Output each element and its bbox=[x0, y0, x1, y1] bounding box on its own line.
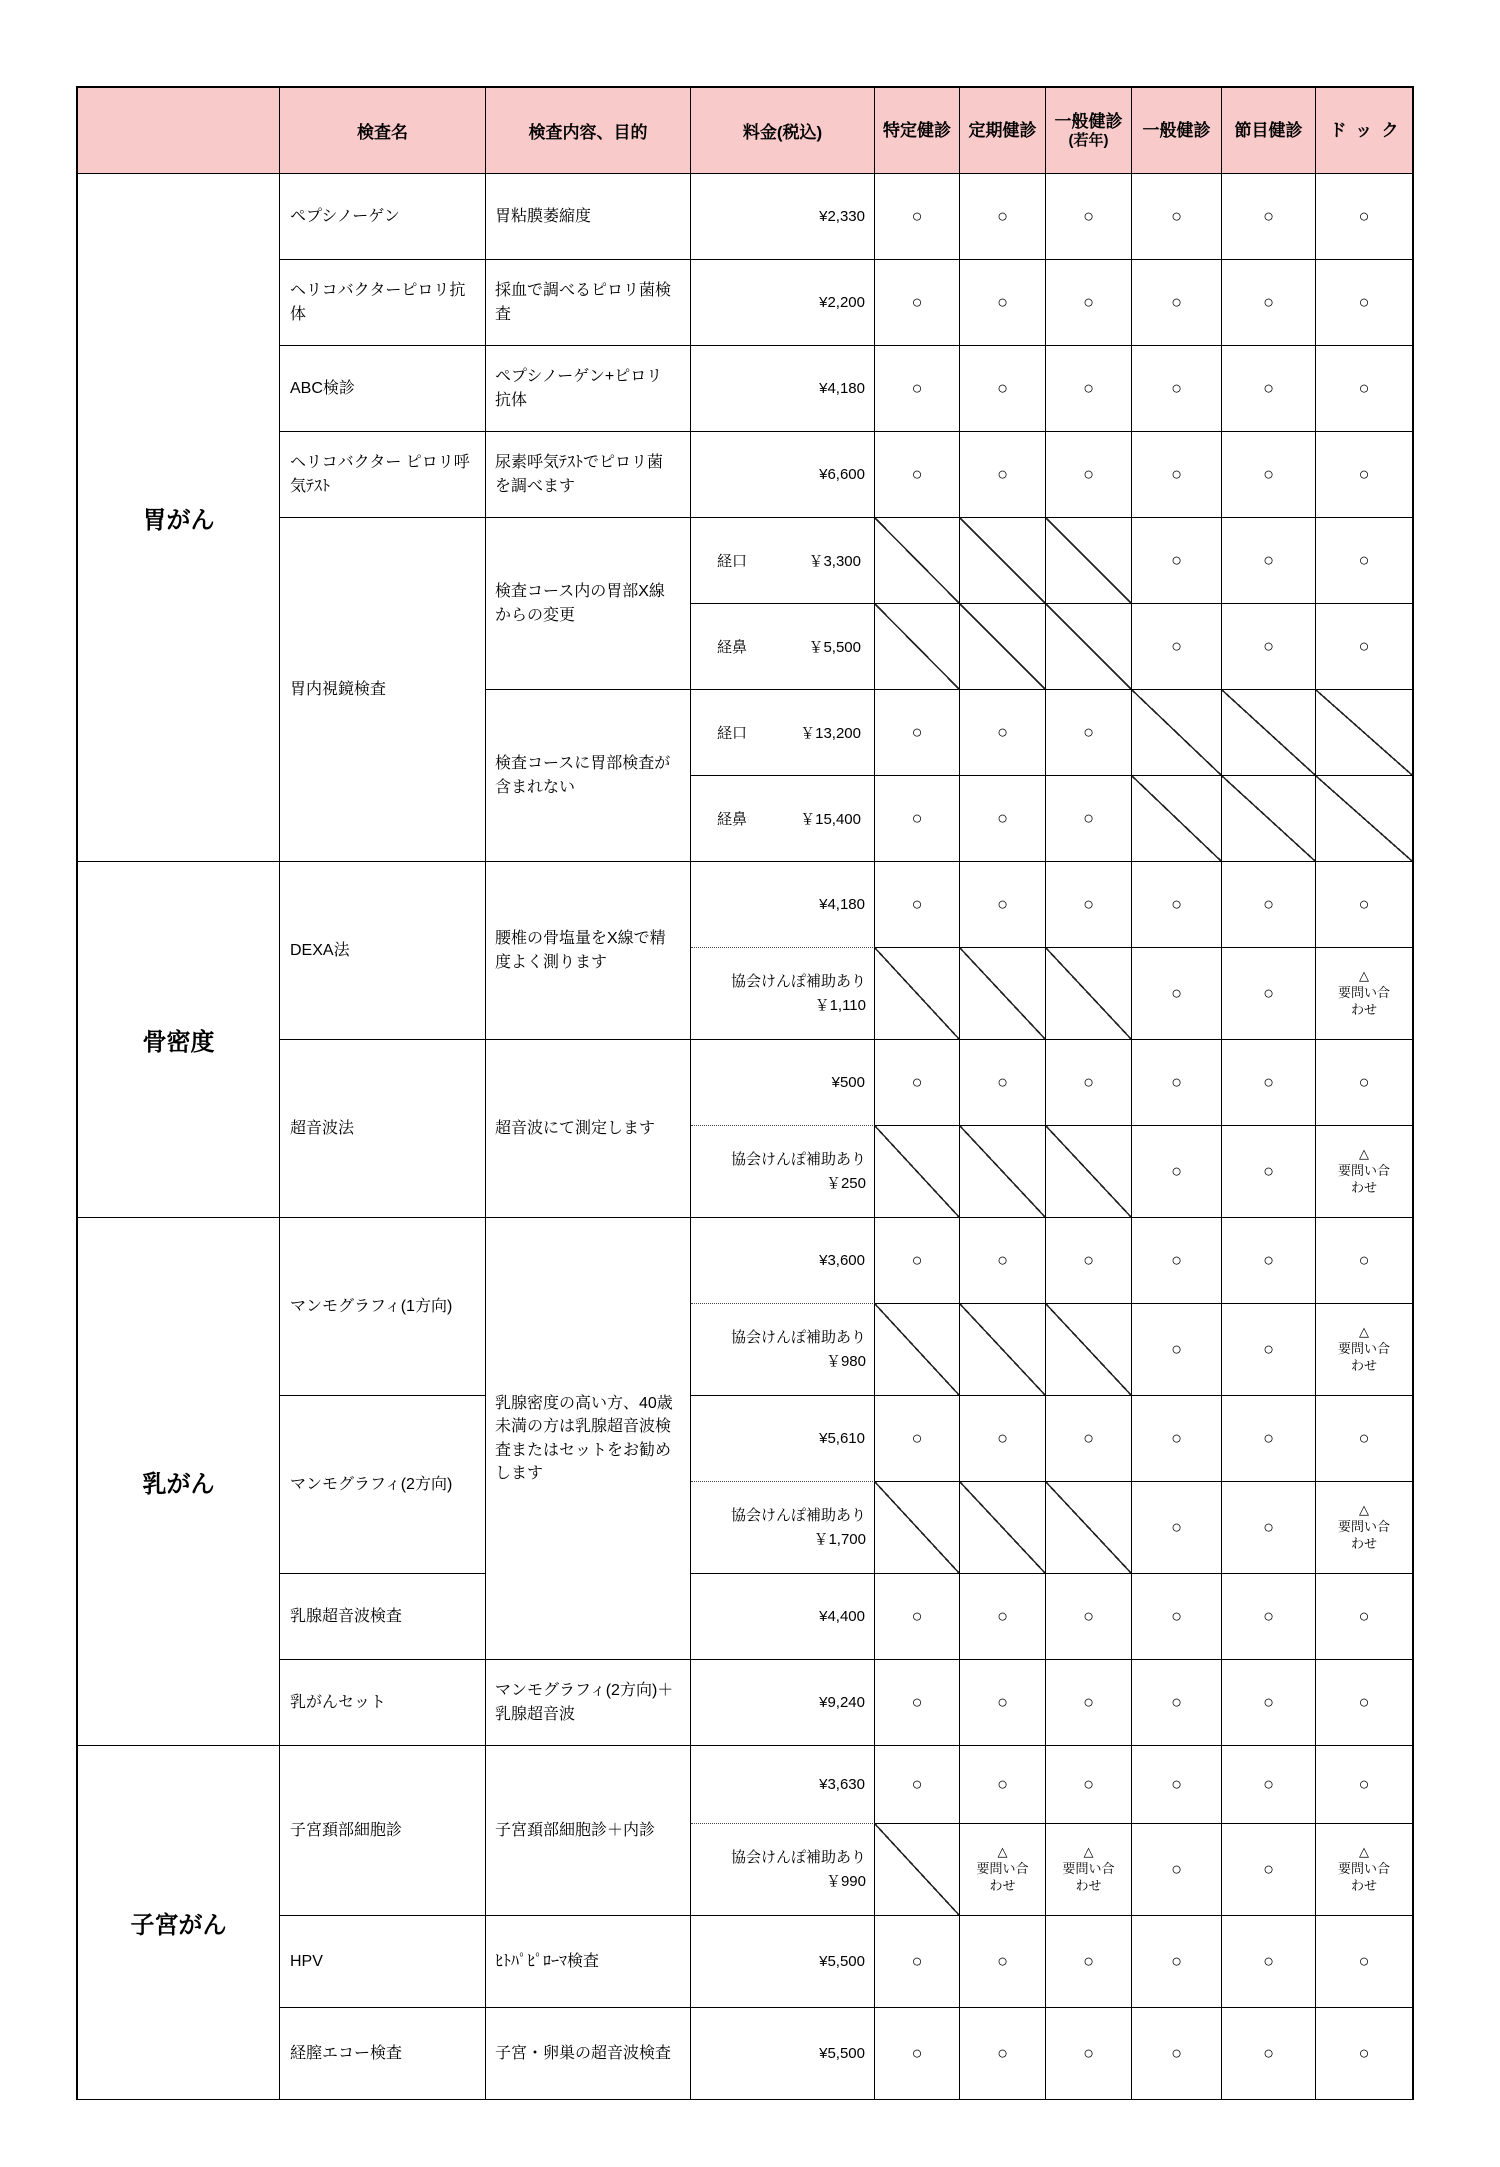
check-cell: ○ bbox=[1222, 1396, 1316, 1482]
check-cell bbox=[1132, 776, 1222, 862]
category-cell: 子宮がん bbox=[78, 1746, 280, 2100]
triangle-note: 要問い合わせ bbox=[1333, 985, 1395, 1019]
check-cell: ○ bbox=[1046, 260, 1132, 346]
check-cell: ○ bbox=[875, 1916, 960, 2008]
purpose-cell: 尿素呼気ﾃｽﾄでピロリ菌を調べます bbox=[486, 432, 691, 518]
check-cell: ○ bbox=[1046, 174, 1132, 260]
header-cell-purpose: 検査内容、目的 bbox=[486, 88, 691, 174]
check-cell: ○ bbox=[1316, 1746, 1414, 1824]
check-cell: ○ bbox=[960, 1746, 1046, 1824]
check-cell bbox=[875, 948, 960, 1040]
price-cell: ¥3,600 bbox=[691, 1218, 875, 1304]
purpose-cell: 検査コース内の胃部X線からの変更 bbox=[486, 518, 691, 690]
header-label: 特定健診 bbox=[875, 121, 959, 141]
header-cell-exam-name: 検査名 bbox=[280, 88, 486, 174]
check-cell: ○ bbox=[1222, 1040, 1316, 1126]
purpose-cell: 子宮頚部細胞診＋内診 bbox=[486, 1746, 691, 1916]
check-cell: ○ bbox=[1222, 1482, 1316, 1574]
check-cell: ○ bbox=[1132, 948, 1222, 1040]
check-cell: ○ bbox=[1132, 1746, 1222, 1824]
exam-name-cell: ペプシノーゲン bbox=[280, 174, 486, 260]
check-cell: ○ bbox=[875, 1040, 960, 1126]
header-row: 検査名 検査内容、目的 料金(税込) 特定健診 定期健診 一般健診(若年) 一般… bbox=[78, 88, 1414, 174]
check-cell bbox=[960, 518, 1046, 604]
check-cell bbox=[1046, 1482, 1132, 1574]
check-cell: ○ bbox=[1222, 1126, 1316, 1218]
category-cell: 乳がん bbox=[78, 1218, 280, 1746]
exam-name-cell: ABC検診 bbox=[280, 346, 486, 432]
check-cell: ○ bbox=[875, 260, 960, 346]
check-cell: ○ bbox=[1316, 260, 1414, 346]
triangle-mark: △ bbox=[960, 1844, 1045, 1861]
check-cell: ○ bbox=[1046, 1660, 1132, 1746]
category-cell: 胃がん bbox=[78, 174, 280, 862]
check-cell bbox=[875, 1824, 960, 1916]
check-cell bbox=[1046, 948, 1132, 1040]
check-cell: △要問い合わせ bbox=[1316, 1482, 1414, 1574]
exam-name-cell: マンモグラフィ(2方向) bbox=[280, 1396, 486, 1574]
price-amount: ￥250 bbox=[691, 1172, 866, 1195]
check-cell: ○ bbox=[1046, 1396, 1132, 1482]
price-cell: 協会けんぽ補助あり￥250 bbox=[691, 1126, 875, 1218]
check-cell bbox=[960, 948, 1046, 1040]
purpose-cell: ペプシノーゲン+ピロリ抗体 bbox=[486, 346, 691, 432]
check-cell: ○ bbox=[1132, 518, 1222, 604]
check-cell bbox=[960, 604, 1046, 690]
check-cell: ○ bbox=[1222, 1660, 1316, 1746]
check-cell bbox=[1046, 1304, 1132, 1396]
check-cell: ○ bbox=[875, 2008, 960, 2100]
triangle-mark: △ bbox=[1316, 1146, 1412, 1163]
check-cell: ○ bbox=[960, 1218, 1046, 1304]
triangle-note: 要問い合わせ bbox=[1333, 1519, 1395, 1553]
check-cell: ○ bbox=[960, 346, 1046, 432]
check-cell bbox=[1222, 776, 1316, 862]
check-cell: ○ bbox=[875, 1746, 960, 1824]
price-cell: 協会けんぽ補助あり￥1,110 bbox=[691, 948, 875, 1040]
price-amount: ￥13,200 bbox=[800, 722, 861, 743]
check-cell: ○ bbox=[1316, 1916, 1414, 2008]
check-cell: ○ bbox=[1132, 1396, 1222, 1482]
check-cell: ○ bbox=[1046, 1040, 1132, 1126]
check-cell: ○ bbox=[960, 1574, 1046, 1660]
purpose-cell: ﾋﾄﾊﾟﾋﾟﾛｰﾏ検査 bbox=[486, 1916, 691, 2008]
header-cell-blank bbox=[78, 88, 280, 174]
check-cell: ○ bbox=[1316, 518, 1414, 604]
check-cell: ○ bbox=[1132, 2008, 1222, 2100]
check-cell bbox=[1316, 776, 1414, 862]
triangle-mark: △ bbox=[1316, 968, 1412, 985]
category-cell: 骨密度 bbox=[78, 862, 280, 1218]
check-cell: ○ bbox=[1046, 1218, 1132, 1304]
triangle-note: 要問い合わせ bbox=[1333, 1861, 1395, 1895]
route-label: 経口 bbox=[717, 550, 747, 571]
price-amount: ￥15,400 bbox=[800, 808, 861, 829]
check-cell bbox=[1132, 690, 1222, 776]
check-cell bbox=[875, 1304, 960, 1396]
check-cell: ○ bbox=[1132, 1126, 1222, 1218]
check-cell: △要問い合わせ bbox=[1316, 1824, 1414, 1916]
check-cell: ○ bbox=[1222, 432, 1316, 518]
check-cell: ○ bbox=[1222, 1824, 1316, 1916]
price-cell: ¥6,600 bbox=[691, 432, 875, 518]
purpose-cell: マンモグラフィ(2方向)＋乳腺超音波 bbox=[486, 1660, 691, 1746]
purpose-cell: 採血で調べるピロリ菌検査 bbox=[486, 260, 691, 346]
check-cell: ○ bbox=[1316, 1660, 1414, 1746]
header-cell-check-tokutei: 特定健診 bbox=[875, 88, 960, 174]
check-cell: ○ bbox=[1222, 1574, 1316, 1660]
exam-name-cell: 経膣エコー検査 bbox=[280, 2008, 486, 2100]
exam-name-cell: HPV bbox=[280, 1916, 486, 2008]
header-label: 定期健診 bbox=[960, 121, 1045, 141]
check-cell: ○ bbox=[1046, 776, 1132, 862]
check-cell: ○ bbox=[1046, 1916, 1132, 2008]
route-label: 経鼻 bbox=[717, 636, 747, 657]
table-wrapper: 検査名 検査内容、目的 料金(税込) 特定健診 定期健診 一般健診(若年) 一般… bbox=[76, 86, 1414, 2100]
check-cell: ○ bbox=[1132, 346, 1222, 432]
check-cell: ○ bbox=[1316, 1040, 1414, 1126]
price-cell: ¥5,610 bbox=[691, 1396, 875, 1482]
header-label: 一般健診 bbox=[1132, 121, 1221, 141]
triangle-note: 要問い合わせ bbox=[1333, 1163, 1395, 1197]
check-cell: ○ bbox=[1046, 862, 1132, 948]
check-cell: ○ bbox=[1132, 1304, 1222, 1396]
check-cell: △要問い合わせ bbox=[1316, 1126, 1414, 1218]
price-cell: 経口￥3,300 bbox=[691, 518, 875, 604]
check-cell: ○ bbox=[875, 346, 960, 432]
exam-name-cell: DEXA法 bbox=[280, 862, 486, 1040]
check-cell: ○ bbox=[960, 1040, 1046, 1126]
check-cell: ○ bbox=[875, 174, 960, 260]
header-cell-price: 料金(税込) bbox=[691, 88, 875, 174]
check-cell: ○ bbox=[1132, 604, 1222, 690]
check-cell: ○ bbox=[960, 690, 1046, 776]
exam-name-cell: 子宮頚部細胞診 bbox=[280, 1746, 486, 1916]
exam-name-cell: 乳腺超音波検査 bbox=[280, 1574, 486, 1660]
check-cell: ○ bbox=[960, 776, 1046, 862]
check-cell: ○ bbox=[1222, 518, 1316, 604]
check-cell: ○ bbox=[1222, 1746, 1316, 1824]
exam-price-table: 検査名 検査内容、目的 料金(税込) 特定健診 定期健診 一般健診(若年) 一般… bbox=[76, 86, 1414, 2100]
price-cell: 協会けんぽ補助あり￥980 bbox=[691, 1304, 875, 1396]
triangle-note: 要問い合わせ bbox=[1333, 1341, 1395, 1375]
check-cell bbox=[875, 518, 960, 604]
subsidy-note: 協会けんぽ補助あり bbox=[691, 1326, 866, 1349]
triangle-mark: △ bbox=[1046, 1844, 1131, 1861]
check-cell bbox=[960, 1482, 1046, 1574]
check-cell: ○ bbox=[875, 776, 960, 862]
check-cell: △要問い合わせ bbox=[1316, 1304, 1414, 1396]
price-cell: ¥5,500 bbox=[691, 1916, 875, 2008]
header-cell-check-fushime: 節目健診 bbox=[1222, 88, 1316, 174]
check-cell: ○ bbox=[1222, 2008, 1316, 2100]
check-cell: ○ bbox=[960, 1396, 1046, 1482]
check-cell: ○ bbox=[1132, 260, 1222, 346]
price-amount: ￥5,500 bbox=[808, 636, 861, 657]
price-amount: ￥1,700 bbox=[691, 1528, 866, 1551]
header-label-sub: (若年) bbox=[1046, 132, 1131, 149]
header-cell-check-ippan-jakunen: 一般健診(若年) bbox=[1046, 88, 1132, 174]
check-cell: ○ bbox=[1132, 432, 1222, 518]
purpose-cell: 検査コースに胃部検査が含まれない bbox=[486, 690, 691, 862]
triangle-mark: △ bbox=[1316, 1324, 1412, 1341]
check-cell: ○ bbox=[1222, 1218, 1316, 1304]
price-amount: ￥990 bbox=[691, 1870, 866, 1893]
check-cell: △要問い合わせ bbox=[1046, 1824, 1132, 1916]
header-cell-check-dock: ドック bbox=[1316, 88, 1414, 174]
header-label: 節目健診 bbox=[1222, 121, 1315, 141]
check-cell: ○ bbox=[1046, 432, 1132, 518]
check-cell: ○ bbox=[960, 174, 1046, 260]
triangle-note: 要問い合わせ bbox=[1058, 1861, 1120, 1895]
purpose-cell: 腰椎の骨塩量をX線で精度よく測ります bbox=[486, 862, 691, 1040]
check-cell bbox=[960, 1126, 1046, 1218]
table-row: 子宮がん 子宮頚部細胞診 子宮頚部細胞診＋内診 ¥3,630 ○ ○ ○ ○ ○… bbox=[78, 1746, 1414, 1824]
check-cell: ○ bbox=[1132, 1040, 1222, 1126]
purpose-cell: 胃粘膜萎縮度 bbox=[486, 174, 691, 260]
check-cell: ○ bbox=[960, 2008, 1046, 2100]
check-cell: ○ bbox=[875, 1396, 960, 1482]
check-cell: ○ bbox=[875, 1660, 960, 1746]
check-cell: ○ bbox=[1046, 346, 1132, 432]
check-cell: ○ bbox=[1222, 948, 1316, 1040]
price-cell: ¥2,330 bbox=[691, 174, 875, 260]
purpose-cell: 超音波にて測定します bbox=[486, 1040, 691, 1218]
triangle-mark: △ bbox=[1316, 1844, 1412, 1861]
check-cell: ○ bbox=[1132, 1916, 1222, 2008]
price-cell: ¥4,180 bbox=[691, 862, 875, 948]
check-cell: ○ bbox=[1132, 1482, 1222, 1574]
check-cell: ○ bbox=[1316, 1396, 1414, 1482]
purpose-cell: 乳腺密度の高い方、40歳未満の方は乳腺超音波検査またはセットをお勧めします bbox=[486, 1218, 691, 1660]
check-cell: ○ bbox=[1132, 174, 1222, 260]
table-row: 骨密度 DEXA法 腰椎の骨塩量をX線で精度よく測ります ¥4,180 ○ ○ … bbox=[78, 862, 1414, 948]
check-cell: ○ bbox=[1046, 1574, 1132, 1660]
price-cell: 経鼻￥15,400 bbox=[691, 776, 875, 862]
check-cell: ○ bbox=[1046, 1746, 1132, 1824]
check-cell bbox=[1046, 604, 1132, 690]
price-cell: 経口￥13,200 bbox=[691, 690, 875, 776]
check-cell: ○ bbox=[1316, 174, 1414, 260]
check-cell: ○ bbox=[875, 1574, 960, 1660]
exam-name-cell: マンモグラフィ(1方向) bbox=[280, 1218, 486, 1396]
check-cell: ○ bbox=[1316, 432, 1414, 518]
price-cell: ¥3,630 bbox=[691, 1746, 875, 1824]
check-cell: ○ bbox=[960, 260, 1046, 346]
price-amount: ￥3,300 bbox=[808, 550, 861, 571]
page: 検査名 検査内容、目的 料金(税込) 特定健診 定期健診 一般健診(若年) 一般… bbox=[0, 0, 1500, 2167]
exam-name-cell: 超音波法 bbox=[280, 1040, 486, 1218]
price-cell: ¥4,180 bbox=[691, 346, 875, 432]
check-cell: ○ bbox=[1132, 1824, 1222, 1916]
check-cell bbox=[875, 1126, 960, 1218]
check-cell: ○ bbox=[1132, 1574, 1222, 1660]
check-cell: ○ bbox=[960, 862, 1046, 948]
price-cell: ¥5,500 bbox=[691, 2008, 875, 2100]
check-cell: ○ bbox=[875, 862, 960, 948]
check-cell: ○ bbox=[1132, 1660, 1222, 1746]
check-cell: △要問い合わせ bbox=[960, 1824, 1046, 1916]
check-cell: ○ bbox=[1316, 346, 1414, 432]
table-row: 胃がん ペプシノーゲン 胃粘膜萎縮度 ¥2,330 ○ ○ ○ ○ ○ ○ bbox=[78, 174, 1414, 260]
check-cell: ○ bbox=[1222, 260, 1316, 346]
price-cell: ¥2,200 bbox=[691, 260, 875, 346]
price-cell: 経鼻￥5,500 bbox=[691, 604, 875, 690]
price-amount: ￥1,110 bbox=[691, 994, 866, 1017]
table-row: 乳がん マンモグラフィ(1方向) 乳腺密度の高い方、40歳未満の方は乳腺超音波検… bbox=[78, 1218, 1414, 1304]
route-label: 経口 bbox=[717, 722, 747, 743]
check-cell: ○ bbox=[960, 1660, 1046, 1746]
check-cell bbox=[1222, 690, 1316, 776]
check-cell: △要問い合わせ bbox=[1316, 948, 1414, 1040]
header-cell-check-ippan: 一般健診 bbox=[1132, 88, 1222, 174]
exam-name-cell: ヘリコバクターピロリ抗体 bbox=[280, 260, 486, 346]
check-cell: ○ bbox=[1316, 862, 1414, 948]
route-label: 経鼻 bbox=[717, 808, 747, 829]
triangle-mark: △ bbox=[1316, 1502, 1412, 1519]
check-cell bbox=[1046, 1126, 1132, 1218]
check-cell: ○ bbox=[1316, 1218, 1414, 1304]
check-cell: ○ bbox=[1316, 1574, 1414, 1660]
price-cell: 協会けんぽ補助あり￥1,700 bbox=[691, 1482, 875, 1574]
check-cell: ○ bbox=[1132, 862, 1222, 948]
check-cell bbox=[1046, 518, 1132, 604]
header-label: ドック bbox=[1316, 121, 1414, 141]
subsidy-note: 協会けんぽ補助あり bbox=[691, 1504, 866, 1527]
subsidy-note: 協会けんぽ補助あり bbox=[691, 1846, 866, 1869]
subsidy-note: 協会けんぽ補助あり bbox=[691, 1148, 866, 1171]
check-cell: ○ bbox=[1222, 862, 1316, 948]
price-cell: ¥4,400 bbox=[691, 1574, 875, 1660]
check-cell bbox=[1316, 690, 1414, 776]
check-cell bbox=[960, 1304, 1046, 1396]
check-cell: ○ bbox=[1316, 2008, 1414, 2100]
check-cell: ○ bbox=[875, 432, 960, 518]
price-cell: ¥9,240 bbox=[691, 1660, 875, 1746]
triangle-note: 要問い合わせ bbox=[972, 1861, 1034, 1895]
price-amount: ￥980 bbox=[691, 1350, 866, 1373]
check-cell: ○ bbox=[875, 1218, 960, 1304]
check-cell: ○ bbox=[1046, 2008, 1132, 2100]
price-cell: ¥500 bbox=[691, 1040, 875, 1126]
check-cell: ○ bbox=[1132, 1218, 1222, 1304]
check-cell: ○ bbox=[875, 690, 960, 776]
check-cell: ○ bbox=[1222, 604, 1316, 690]
header-label: 一般健診 bbox=[1046, 112, 1131, 132]
check-cell: ○ bbox=[960, 1916, 1046, 2008]
header-cell-check-teiki: 定期健診 bbox=[960, 88, 1046, 174]
purpose-cell: 子宮・卵巣の超音波検査 bbox=[486, 2008, 691, 2100]
price-cell: 協会けんぽ補助あり￥990 bbox=[691, 1824, 875, 1916]
subsidy-note: 協会けんぽ補助あり bbox=[691, 970, 866, 993]
check-cell: ○ bbox=[960, 432, 1046, 518]
check-cell bbox=[875, 604, 960, 690]
check-cell: ○ bbox=[1222, 174, 1316, 260]
exam-name-cell: 胃内視鏡検査 bbox=[280, 518, 486, 862]
exam-name-cell: ヘリコバクター ピロリ呼気ﾃｽﾄ bbox=[280, 432, 486, 518]
exam-name-cell: 乳がんセット bbox=[280, 1660, 486, 1746]
check-cell: ○ bbox=[1222, 1916, 1316, 2008]
check-cell: ○ bbox=[1046, 690, 1132, 776]
check-cell bbox=[875, 1482, 960, 1574]
check-cell: ○ bbox=[1316, 604, 1414, 690]
check-cell: ○ bbox=[1222, 346, 1316, 432]
check-cell: ○ bbox=[1222, 1304, 1316, 1396]
